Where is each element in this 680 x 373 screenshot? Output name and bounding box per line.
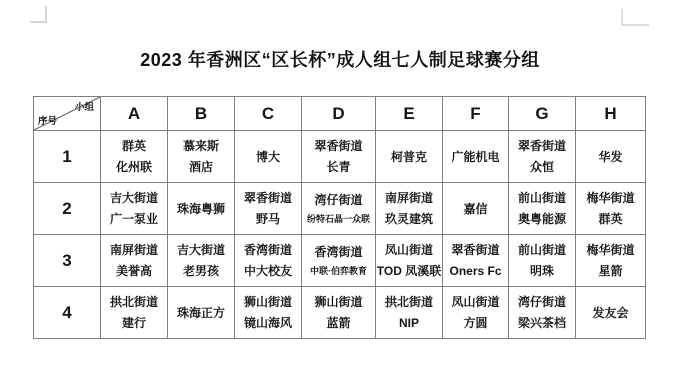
group-header-h: H	[576, 97, 646, 131]
team-cell: 吉大街道老男孩	[168, 235, 235, 287]
header-row: 小组 序号 A B C D E F G H	[34, 97, 646, 131]
row-number: 4	[34, 287, 101, 339]
row-number: 2	[34, 183, 101, 235]
document-page: 2023 年香洲区“区长杯”成人组七人制足球赛分组 小组 序号 A B C D …	[0, 0, 680, 373]
table-row: 3 南屏街道美誉高 吉大街道老男孩 香湾街道中大校友 香湾街道中联·伯弈教育 凤…	[34, 235, 646, 287]
team-cell: 南屏街道美誉高	[101, 235, 168, 287]
group-header-c: C	[235, 97, 302, 131]
page-corner-mark-right	[621, 9, 649, 26]
team-cell: 狮山街道镜山海风	[235, 287, 302, 339]
team-cell: 凤山街道方圆	[443, 287, 509, 339]
team-cell: 群英化州联	[101, 131, 168, 183]
page-title: 2023 年香洲区“区长杯”成人组七人制足球赛分组	[0, 46, 680, 72]
group-header-g: G	[509, 97, 576, 131]
table-row: 2 吉大街道广一泵业 珠海粤狮 翠香街道野马 湾仔街道纷特石晶一众联 南屏街道玖…	[34, 183, 646, 235]
row-number: 3	[34, 235, 101, 287]
team-cell: 前山街道奥粤能源	[509, 183, 576, 235]
team-cell: 翠香街道野马	[235, 183, 302, 235]
team-cell: 梅华街道星箭	[576, 235, 646, 287]
team-cell: 翠香街道长青	[302, 131, 376, 183]
team-cell: 梅华街道群英	[576, 183, 646, 235]
team-cell: 博大	[235, 131, 302, 183]
group-header-a: A	[101, 97, 168, 131]
team-cell: 南屏街道玖灵建筑	[376, 183, 443, 235]
corner-label-number: 序号	[38, 113, 57, 127]
team-cell: 广能机电	[443, 131, 509, 183]
team-cell: 湾仔街道梁兴茶档	[509, 287, 576, 339]
team-cell: 狮山街道蓝箭	[302, 287, 376, 339]
table-row: 1 群英化州联 慕来斯酒店 博大 翠香街道长青 柯普克 广能机电 翠香街道众恒 …	[34, 131, 646, 183]
grouping-table: 小组 序号 A B C D E F G H 1 群英化州联 慕来斯酒店 博大 翠…	[33, 96, 646, 339]
team-cell: 翠香街道Oners Fc	[443, 235, 509, 287]
team-cell: 香湾街道中大校友	[235, 235, 302, 287]
group-header-b: B	[168, 97, 235, 131]
team-cell: 珠海粤狮	[168, 183, 235, 235]
corner-label-group: 小组	[75, 99, 94, 113]
team-cell: 吉大街道广一泵业	[101, 183, 168, 235]
group-header-e: E	[376, 97, 443, 131]
page-corner-mark-left	[30, 6, 47, 23]
row-number: 1	[34, 131, 101, 183]
team-cell: 华发	[576, 131, 646, 183]
team-cell: 凤山街道TOD 凤溪联	[376, 235, 443, 287]
team-cell: 拱北街道NIP	[376, 287, 443, 339]
team-cell: 发友会	[576, 287, 646, 339]
corner-cell: 小组 序号	[34, 97, 101, 131]
group-header-d: D	[302, 97, 376, 131]
team-cell: 香湾街道中联·伯弈教育	[302, 235, 376, 287]
team-cell: 湾仔街道纷特石晶一众联	[302, 183, 376, 235]
group-header-f: F	[443, 97, 509, 131]
team-cell: 翠香街道众恒	[509, 131, 576, 183]
team-cell: 嘉信	[443, 183, 509, 235]
team-cell: 前山街道明珠	[509, 235, 576, 287]
team-cell: 柯普克	[376, 131, 443, 183]
table-row: 4 拱北街道建行 珠海正方 狮山街道镜山海风 狮山街道蓝箭 拱北街道NIP 凤山…	[34, 287, 646, 339]
team-cell: 珠海正方	[168, 287, 235, 339]
team-cell: 慕来斯酒店	[168, 131, 235, 183]
team-cell: 拱北街道建行	[101, 287, 168, 339]
